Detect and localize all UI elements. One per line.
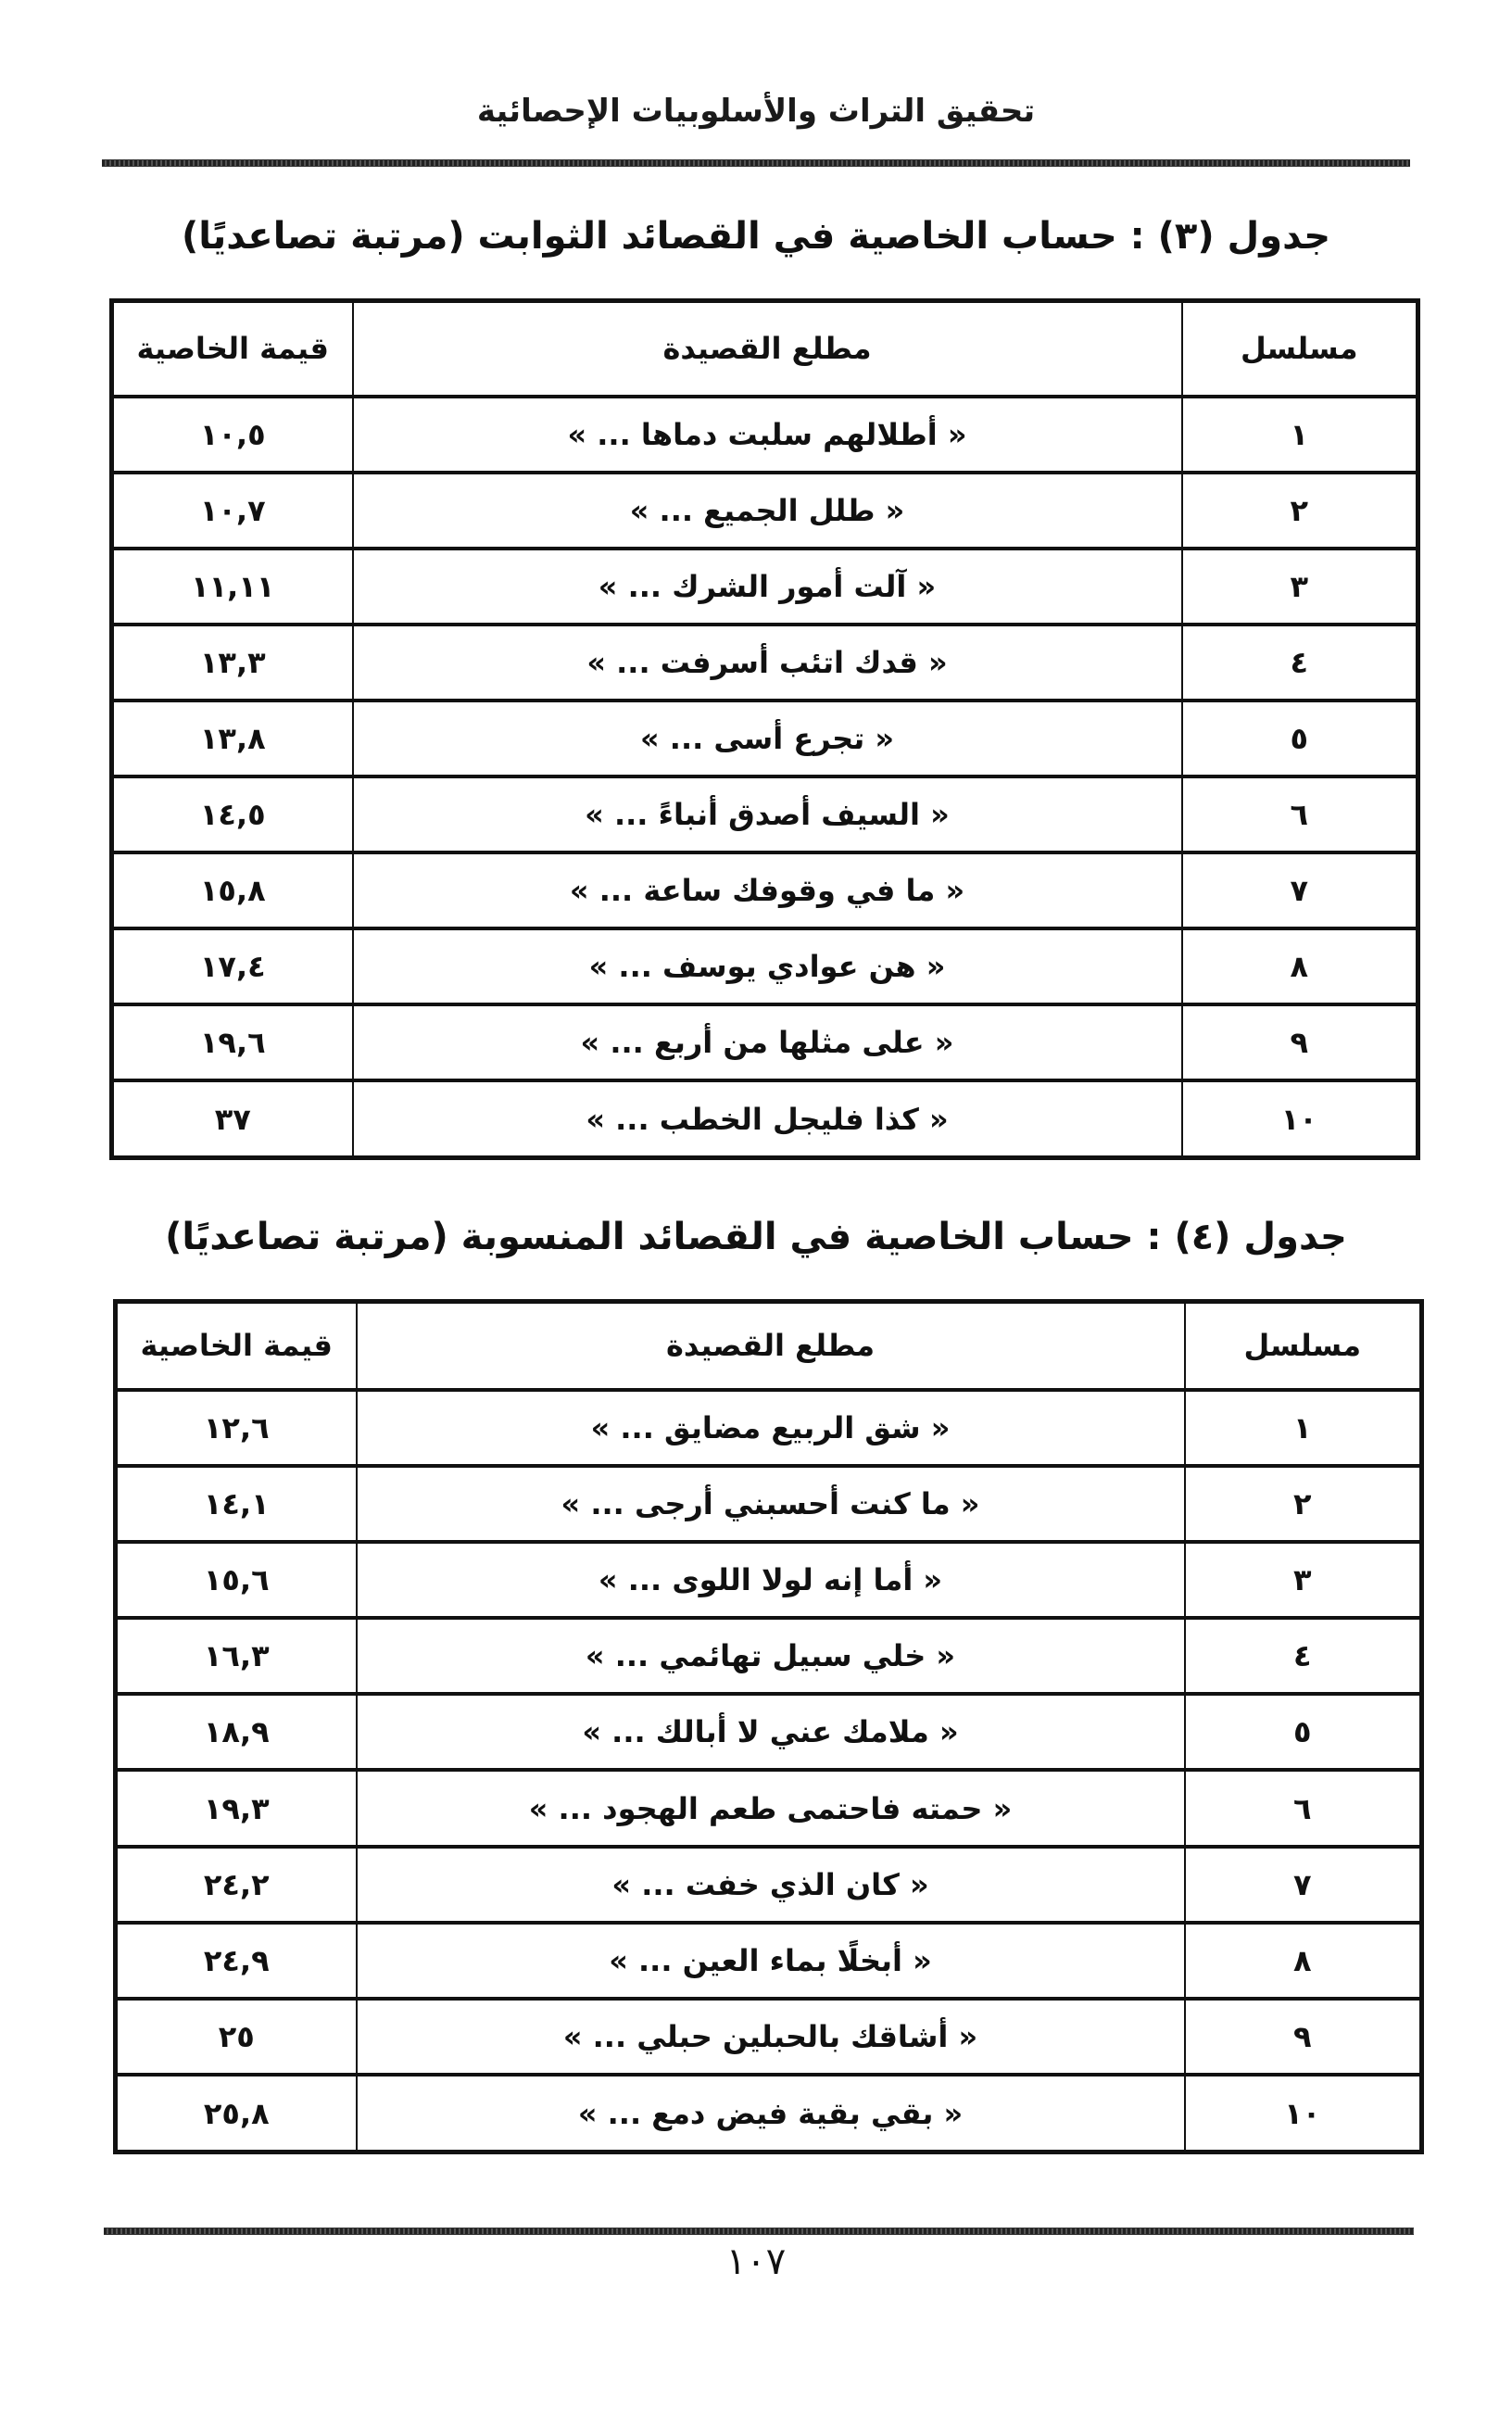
- value-cell: ١٠,٥: [112, 397, 353, 473]
- verse-cell: « شق الربيع مضايق ... »: [357, 1390, 1185, 1466]
- value-cell: ١٣,٣: [112, 625, 353, 701]
- value-cell: ١٧,٤: [112, 928, 353, 1004]
- verse-cell: « قدك اتئب أسرفت ... »: [353, 625, 1182, 701]
- verse-cell: « ما في وقوفك ساعة ... »: [353, 852, 1182, 928]
- table-4-header-row: مسلسل مطلع القصيدة قيمة الخاصية: [116, 1302, 1422, 1390]
- page-number: ١٠٧: [0, 2241, 1512, 2283]
- value-cell: ١٠,٧: [112, 473, 353, 549]
- verse-cell: « أطلالهم سلبت دماها ... »: [353, 397, 1182, 473]
- verse-cell: « ملامك عني لا أبالك ... »: [357, 1694, 1185, 1770]
- value-cell: ٢٤,٢: [116, 1847, 357, 1923]
- table-row: ٤ « قدك اتئب أسرفت ... » ١٣,٣: [112, 625, 1418, 701]
- serial-cell: ٥: [1182, 701, 1418, 776]
- verse-cell: « أما إنه لولا اللوى ... »: [357, 1542, 1185, 1618]
- serial-cell: ٩: [1182, 1004, 1418, 1080]
- serial-cell: ٨: [1182, 928, 1418, 1004]
- serial-cell: ٨: [1185, 1923, 1422, 1999]
- value-cell: ٢٥: [116, 1999, 357, 2075]
- value-cell: ١٤,٥: [112, 776, 353, 852]
- table-4: مسلسل مطلع القصيدة قيمة الخاصية ١ « شق ا…: [113, 1299, 1424, 2154]
- header-value: قيمة الخاصية: [116, 1302, 357, 1390]
- serial-cell: ١٠: [1182, 1080, 1418, 1157]
- serial-cell: ٢: [1182, 473, 1418, 549]
- table-row: ٩ « أشاقك بالحبلين حبلي ... » ٢٥: [116, 1999, 1422, 2075]
- serial-cell: ٣: [1185, 1542, 1422, 1618]
- value-cell: ١٨,٩: [116, 1694, 357, 1770]
- verse-cell: « بقي بقية فيض دمع ... »: [357, 2075, 1185, 2152]
- table-row: ٥ « تجرع أسى ... » ١٣,٨: [112, 701, 1418, 776]
- serial-cell: ٧: [1182, 852, 1418, 928]
- serial-cell: ٦: [1182, 776, 1418, 852]
- serial-cell: ١٠: [1185, 2075, 1422, 2152]
- serial-cell: ٤: [1185, 1618, 1422, 1694]
- header-value: قيمة الخاصية: [112, 301, 353, 397]
- serial-cell: ٧: [1185, 1847, 1422, 1923]
- verse-cell: « خلي سبيل تهائمي ... »: [357, 1618, 1185, 1694]
- value-cell: ٢٤,٩: [116, 1923, 357, 1999]
- value-cell: ١٤,١: [116, 1466, 357, 1542]
- value-cell: ١٥,٨: [112, 852, 353, 928]
- serial-cell: ٥: [1185, 1694, 1422, 1770]
- table-row: ٢ « ما كنت أحسبني أرجى ... » ١٤,١: [116, 1466, 1422, 1542]
- verse-cell: « حمته فاحتمى طعم الهجود ... »: [357, 1770, 1185, 1846]
- verse-cell: « كذا فليجل الخطب ... »: [353, 1080, 1182, 1157]
- table-3-header-row: مسلسل مطلع القصيدة قيمة الخاصية: [112, 301, 1418, 397]
- table-row: ٨ « هن عوادي يوسف ... » ١٧,٤: [112, 928, 1418, 1004]
- table-row: ٦ « حمته فاحتمى طعم الهجود ... » ١٩,٣: [116, 1770, 1422, 1846]
- serial-cell: ٣: [1182, 549, 1418, 625]
- table-3: مسلسل مطلع القصيدة قيمة الخاصية ١ « أطلا…: [109, 298, 1420, 1160]
- value-cell: ٣٧: [112, 1080, 353, 1157]
- verse-cell: « طلل الجميع ... »: [353, 473, 1182, 549]
- table-row: ٦ « السيف أصدق أنباءً ... » ١٤,٥: [112, 776, 1418, 852]
- table-row: ١ « شق الربيع مضايق ... » ١٢,٦: [116, 1390, 1422, 1466]
- serial-cell: ٩: [1185, 1999, 1422, 2075]
- verse-cell: « على مثلها من أربع ... »: [353, 1004, 1182, 1080]
- table-row: ٥ « ملامك عني لا أبالك ... » ١٨,٩: [116, 1694, 1422, 1770]
- header-serial: مسلسل: [1182, 301, 1418, 397]
- header-rule: [102, 159, 1410, 167]
- value-cell: ١٥,٦: [116, 1542, 357, 1618]
- value-cell: ١١,١١: [112, 549, 353, 625]
- verse-cell: « أبخلًا بماء العين ... »: [357, 1923, 1185, 1999]
- table-3-caption: جدول (٣) : حساب الخاصية في القصائد الثوا…: [0, 215, 1512, 258]
- table-row: ١٠ « كذا فليجل الخطب ... » ٣٧: [112, 1080, 1418, 1157]
- value-cell: ١٩,٦: [112, 1004, 353, 1080]
- header-opening: مطلع القصيدة: [353, 301, 1182, 397]
- value-cell: ١٩,٣: [116, 1770, 357, 1846]
- table-row: ٧ « ما في وقوفك ساعة ... » ١٥,٨: [112, 852, 1418, 928]
- value-cell: ١٦,٣: [116, 1618, 357, 1694]
- header-serial: مسلسل: [1185, 1302, 1422, 1390]
- table-row: ٤ « خلي سبيل تهائمي ... » ١٦,٣: [116, 1618, 1422, 1694]
- table-row: ١ « أطلالهم سلبت دماها ... » ١٠,٥: [112, 397, 1418, 473]
- serial-cell: ١: [1182, 397, 1418, 473]
- table-row: ٧ « كان الذي خفت ... » ٢٤,٢: [116, 1847, 1422, 1923]
- table-row: ٣ « أما إنه لولا اللوى ... » ١٥,٦: [116, 1542, 1422, 1618]
- verse-cell: « آلت أمور الشرك ... »: [353, 549, 1182, 625]
- value-cell: ١٢,٦: [116, 1390, 357, 1466]
- serial-cell: ٤: [1182, 625, 1418, 701]
- verse-cell: « السيف أصدق أنباءً ... »: [353, 776, 1182, 852]
- verse-cell: « أشاقك بالحبلين حبلي ... »: [357, 1999, 1185, 2075]
- table-row: ٢ « طلل الجميع ... » ١٠,٧: [112, 473, 1418, 549]
- running-head: تحقيق التراث والأسلوبيات الإحصائية: [0, 93, 1512, 130]
- table-row: ٩ « على مثلها من أربع ... » ١٩,٦: [112, 1004, 1418, 1080]
- verse-cell: « هن عوادي يوسف ... »: [353, 928, 1182, 1004]
- serial-cell: ٦: [1185, 1770, 1422, 1846]
- footer-rule: [104, 2228, 1414, 2235]
- verse-cell: « تجرع أسى ... »: [353, 701, 1182, 776]
- table-row: ٨ « أبخلًا بماء العين ... » ٢٤,٩: [116, 1923, 1422, 1999]
- serial-cell: ١: [1185, 1390, 1422, 1466]
- value-cell: ١٣,٨: [112, 701, 353, 776]
- table-4-caption: جدول (٤) : حساب الخاصية في القصائد المنس…: [0, 1216, 1512, 1258]
- table-row: ١٠ « بقي بقية فيض دمع ... » ٢٥,٨: [116, 2075, 1422, 2152]
- value-cell: ٢٥,٨: [116, 2075, 357, 2152]
- table-row: ٣ « آلت أمور الشرك ... » ١١,١١: [112, 549, 1418, 625]
- header-opening: مطلع القصيدة: [357, 1302, 1185, 1390]
- serial-cell: ٢: [1185, 1466, 1422, 1542]
- verse-cell: « ما كنت أحسبني أرجى ... »: [357, 1466, 1185, 1542]
- verse-cell: « كان الذي خفت ... »: [357, 1847, 1185, 1923]
